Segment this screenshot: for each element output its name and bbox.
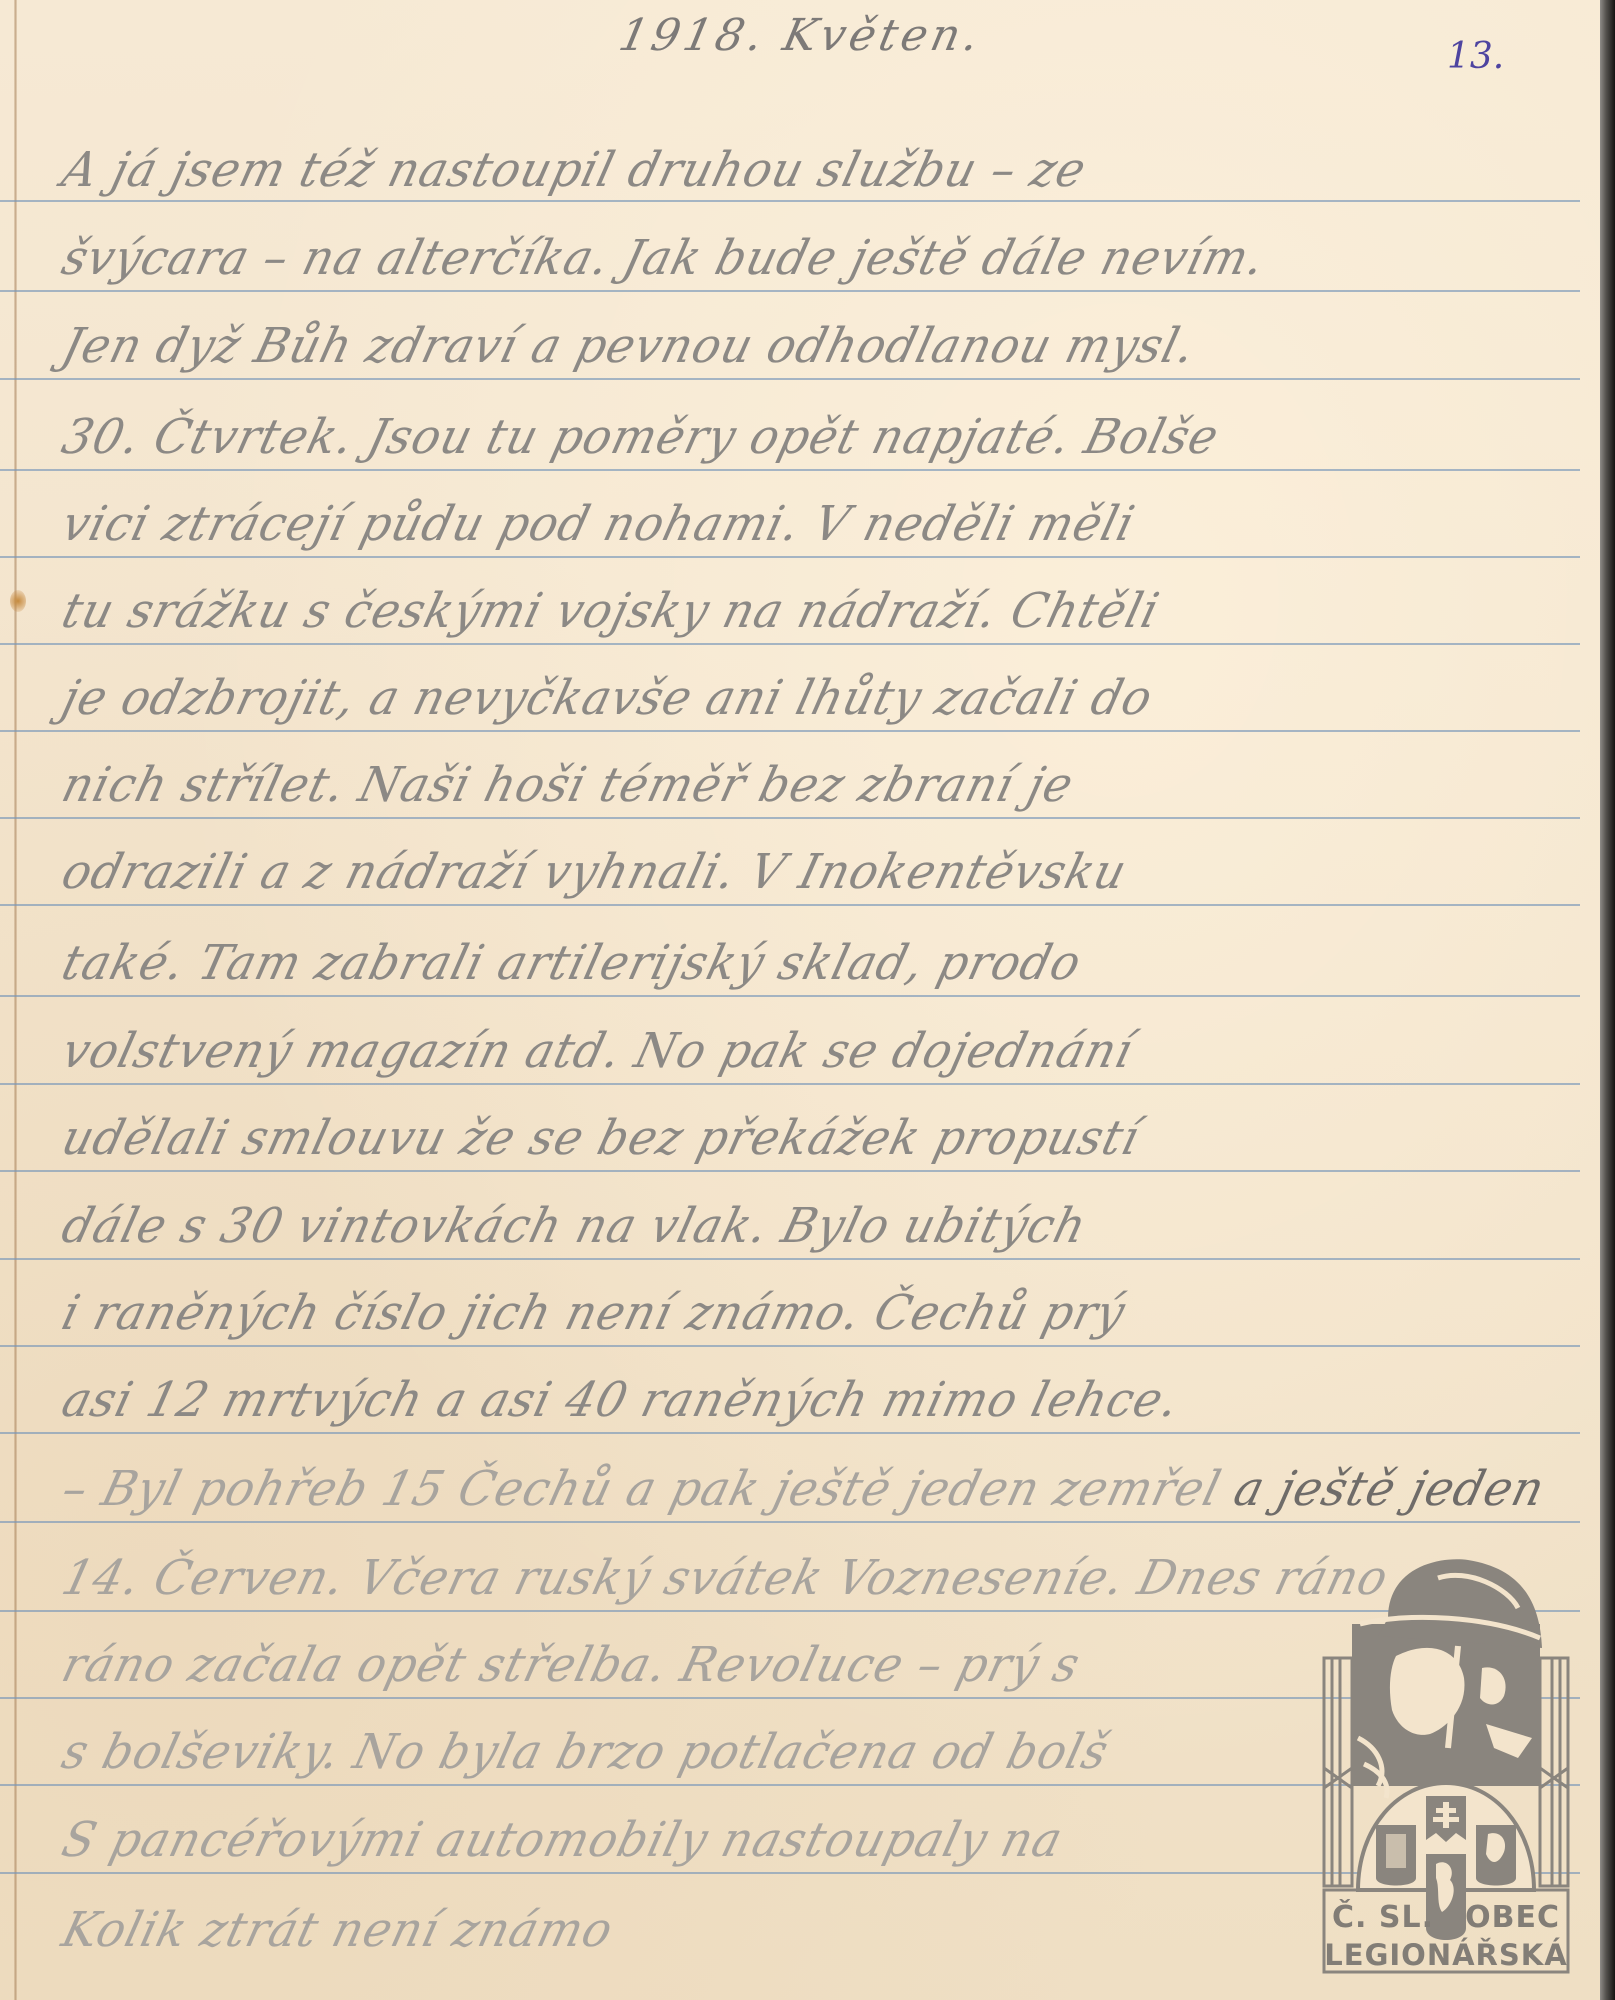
handwritten-line-faint: S pancéřovými automobily nastoupaly na: [56, 1810, 1069, 1870]
handwritten-line-faint: 14. Červen. Včera ruský svátek Voznesení…: [56, 1548, 1395, 1608]
handwritten-line: vici ztrácejí půdu pod nohami. V neděli …: [56, 494, 1141, 554]
stamp-text-obec: OBEC: [1465, 1900, 1560, 1935]
legion-stamp: Č. SL. OBEC LEGIONÁŘSKÁ: [1318, 1528, 1574, 1976]
stamp-text-legionarska: LEGIONÁŘSKÁ: [1318, 1938, 1574, 1972]
handwritten-line: švýcara – na alterčíka. Jak bude ještě d…: [56, 228, 1271, 288]
handwritten-line: i raněných číslo jich není známo. Čechů …: [56, 1283, 1132, 1343]
handwritten-line: Jen dyž Bůh zdraví a pevnou odhodlanou m…: [56, 316, 1202, 376]
handwritten-line: tu srážku s českými vojsky na nádraží. C…: [56, 581, 1165, 641]
handwritten-line: dále s 30 vintovkách na vlak. Bylo ubitý…: [56, 1196, 1093, 1256]
handwritten-line: nich střílet. Naši hoši téměř bez zbraní…: [56, 755, 1080, 815]
handwritten-line: je odzbrojit, a nevyčkavše ani lhůty zač…: [56, 668, 1159, 728]
handwritten-line: 30. Čtvrtek. Jsou tu poměry opět napjaté…: [56, 407, 1225, 467]
handwritten-line: také. Tam zabrali artilerijský sklad, pr…: [56, 933, 1088, 993]
handwritten-line: odrazili a z nádraží vyhnali. V Inokentě…: [56, 842, 1133, 902]
handwritten-line: A já jsem též nastoupil druhou službu – …: [56, 140, 1093, 200]
handwritten-insert: a ještě jeden: [1228, 1461, 1550, 1517]
stamp-text-csl: Č. SL.: [1332, 1900, 1434, 1935]
handwritten-line: asi 12 mrtvých a asi 40 raněných mimo le…: [56, 1370, 1186, 1430]
handwritten-line-faint: Kolik ztrát není známo: [56, 1900, 619, 1960]
handwritten-line-faint: – Byl pohřeb 15 Čechů a pak ještě jeden …: [56, 1459, 1551, 1519]
handwritten-line-faint: s bolševiky. No byla brzo potlačena od b…: [56, 1722, 1115, 1782]
handwritten-text: – Byl pohřeb 15 Čechů a pak ještě jeden …: [56, 1461, 1226, 1517]
handwritten-line-faint: ráno začala opět střelba. Revoluce – prý…: [56, 1635, 1086, 1695]
scan-edge-shadow: [1600, 0, 1615, 2000]
handwritten-line: volstvený magazín atd. No pak se dojedná…: [56, 1021, 1140, 1081]
stamp-text-line-1: Č. SL. OBEC: [1318, 1900, 1574, 1935]
diary-page: 1918. Květen. 13. A já jsem též nastoupi…: [0, 0, 1600, 2000]
handwritten-line: udělali smlouvu že se bez překážek propu…: [56, 1108, 1146, 1168]
